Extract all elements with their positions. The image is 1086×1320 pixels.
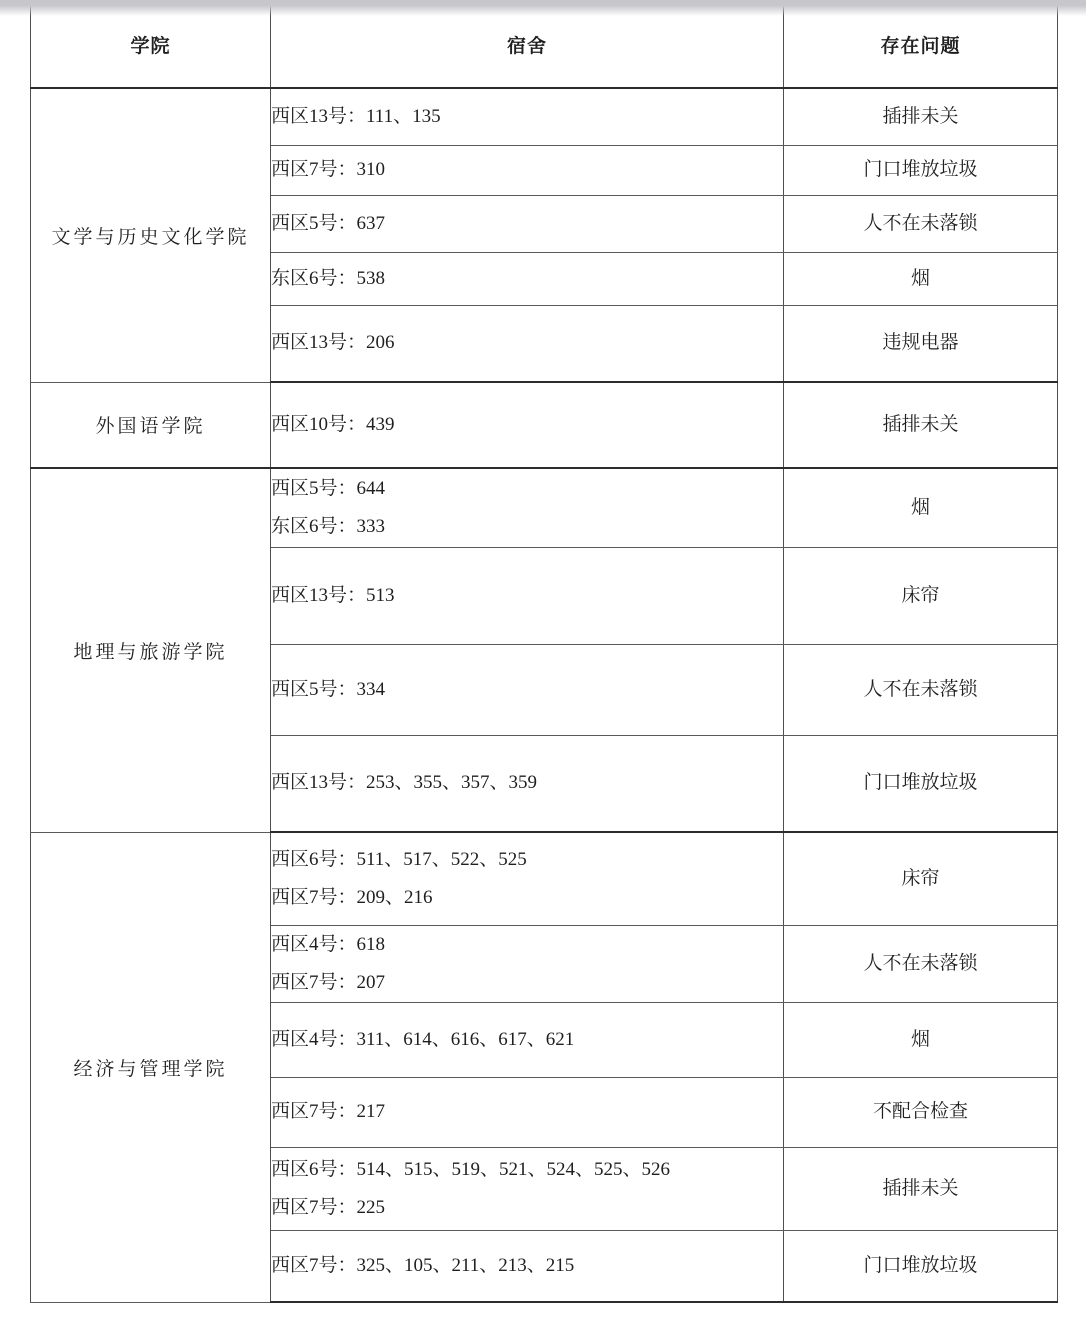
- dorm-cell: 西区4号：311、614、616、617、621: [271, 1002, 784, 1077]
- issue-cell: 不配合检查: [784, 1077, 1058, 1147]
- college-cell: 经济与管理学院: [31, 832, 271, 1302]
- table-row: 经济与管理学院 西区6号：511、517、522、525 西区7号：209、21…: [31, 832, 1058, 925]
- dorm-cell: 西区5号：644 东区6号：333: [271, 468, 784, 547]
- header-row: 学院 宿舍 存在问题: [31, 1, 1058, 89]
- issue-cell: 烟: [784, 1002, 1058, 1077]
- issue-cell: 插排未关: [784, 1147, 1058, 1230]
- dorm-cell: 西区6号：514、515、519、521、524、525、526 西区7号：22…: [271, 1147, 784, 1230]
- issue-cell: 烟: [784, 468, 1058, 547]
- dorm-cell: 西区13号：513: [271, 547, 784, 644]
- issue-cell: 插排未关: [784, 88, 1058, 145]
- table-row: 地理与旅游学院 西区5号：644 东区6号：333 烟: [31, 468, 1058, 547]
- dorm-cell: 西区13号：111、135: [271, 88, 784, 145]
- college-cell: 外国语学院: [31, 382, 271, 468]
- table-row: 外国语学院 西区10号：439 插排未关: [31, 382, 1058, 468]
- issue-cell: 违规电器: [784, 305, 1058, 382]
- dorm-cell: 东区6号：538: [271, 252, 784, 305]
- dorm-cell: 西区4号：618 西区7号：207: [271, 925, 784, 1002]
- issue-cell: 床帘: [784, 832, 1058, 925]
- issue-cell: 人不在未落锁: [784, 925, 1058, 1002]
- issue-cell: 人不在未落锁: [784, 195, 1058, 252]
- table-row: 文学与历史文化学院 西区13号：111、135 插排未关: [31, 88, 1058, 145]
- dorm-inspection-table: 学院 宿舍 存在问题 文学与历史文化学院 西区13号：111、135 插排未关 …: [30, 0, 1058, 1303]
- issue-cell: 人不在未落锁: [784, 644, 1058, 735]
- dorm-cell: 西区5号：637: [271, 195, 784, 252]
- college-cell: 地理与旅游学院: [31, 468, 271, 832]
- dorm-cell: 西区7号：217: [271, 1077, 784, 1147]
- dorm-cell: 西区13号：253、355、357、359: [271, 735, 784, 832]
- header-issue: 存在问题: [784, 1, 1058, 89]
- issue-cell: 门口堆放垃圾: [784, 145, 1058, 195]
- issue-cell: 插排未关: [784, 382, 1058, 468]
- dorm-cell: 西区7号：325、105、211、213、215: [271, 1230, 784, 1302]
- dorm-cell: 西区7号：310: [271, 145, 784, 195]
- issue-cell: 门口堆放垃圾: [784, 1230, 1058, 1302]
- issue-cell: 烟: [784, 252, 1058, 305]
- issue-cell: 门口堆放垃圾: [784, 735, 1058, 832]
- header-dorm: 宿舍: [271, 1, 784, 89]
- dorm-cell: 西区6号：511、517、522、525 西区7号：209、216: [271, 832, 784, 925]
- issue-cell: 床帘: [784, 547, 1058, 644]
- dorm-cell: 西区10号：439: [271, 382, 784, 468]
- college-cell: 文学与历史文化学院: [31, 88, 271, 382]
- dorm-cell: 西区5号：334: [271, 644, 784, 735]
- header-college: 学院: [31, 1, 271, 89]
- dorm-cell: 西区13号：206: [271, 305, 784, 382]
